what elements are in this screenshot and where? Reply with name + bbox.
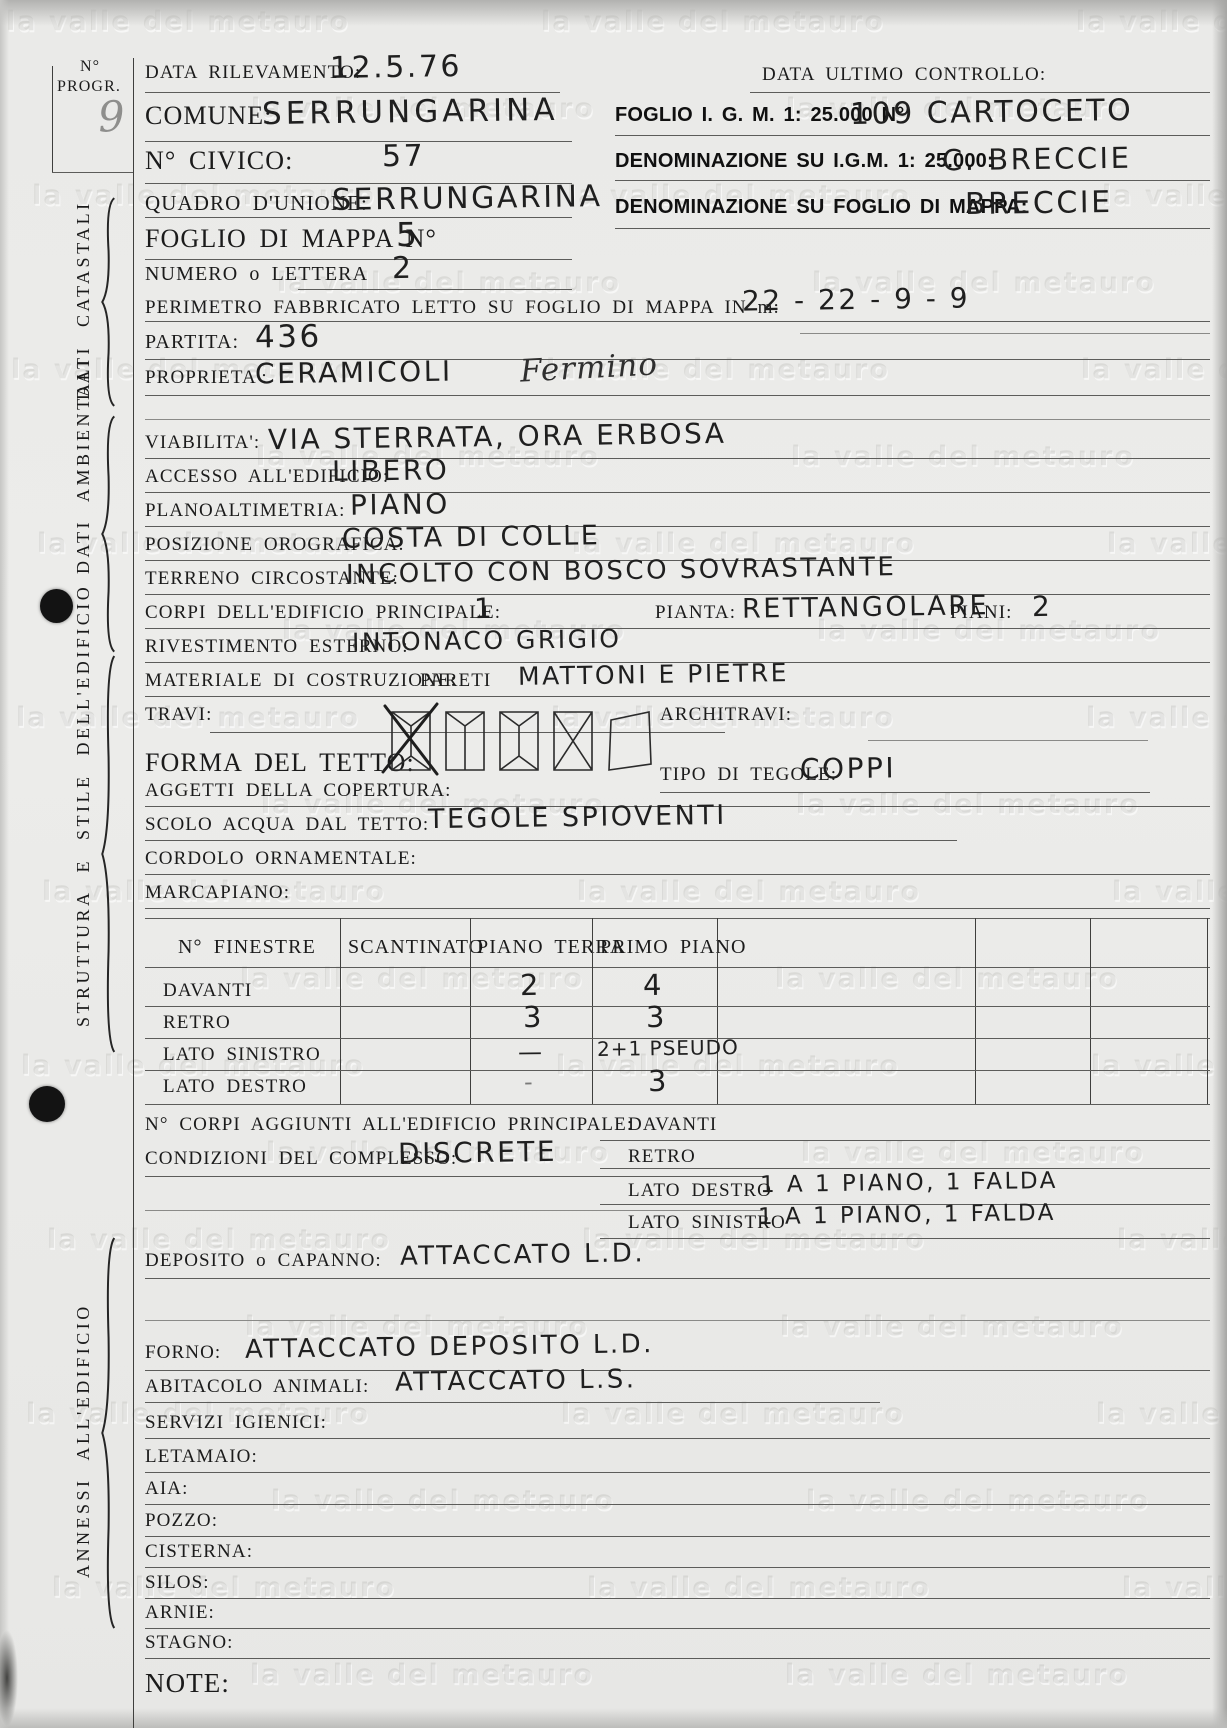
table-cell-retro-primo-piano: 3 (646, 1000, 667, 1034)
field-label-proprieta: PROPRIETA': (145, 367, 268, 389)
field-value-proprieta: CERAMICOLI (255, 355, 453, 391)
section-label-struttura: STRUTTURA E STILE DELL'EDIFICIO (73, 672, 99, 1027)
underline (600, 1140, 1210, 1141)
underline (145, 840, 957, 841)
field-label-aggiunti-retro: RETRO (628, 1146, 696, 1168)
prog-box-bottom (52, 172, 133, 173)
hole-punch-top (40, 589, 73, 623)
field-label-travi: TRAVI: (145, 704, 212, 726)
underline (145, 141, 572, 142)
field-label-cisterna: CISTERNA: (145, 1541, 253, 1563)
field-label-silos: SILOS: (145, 1572, 210, 1594)
underline (145, 1370, 1210, 1371)
underline (145, 217, 572, 218)
field-value-perimetro: 22 - 22 - 9 - 9 (742, 281, 971, 317)
underline (145, 1472, 1210, 1473)
field-value-foglio-igm: 109 CARTOCETO (850, 93, 1134, 132)
field-value-aggiunti-lato-sinistro: 1 A 1 PIANO, 1 FALDA (758, 1200, 1056, 1230)
underline (145, 908, 1210, 909)
field-value-corpi: 1 (474, 592, 495, 625)
underline (145, 628, 1210, 629)
table-row-line (145, 1070, 1210, 1071)
field-value-foglio-mappa: 5 (396, 215, 420, 254)
field-value-data-rilevamento: 12.5.76 (330, 49, 462, 86)
prog-value: 9 (97, 91, 127, 141)
table-col-line (1090, 918, 1091, 1104)
roof-diagram-gable-ridge-icon (442, 708, 488, 774)
field-value-denominazione-mappa: BRECCIE (965, 185, 1113, 222)
field-value-quadro-unione: SERRUNGARINA (332, 179, 603, 218)
field-label-pozzo: POZZO: (145, 1510, 218, 1532)
table-col-line (470, 918, 471, 1104)
section-label-annessi: ANNESSI ALL'EDIFICIO (73, 1288, 99, 1593)
underline (660, 792, 1150, 793)
field-value-abitacolo: ATTACCATO L.S. (395, 1364, 637, 1397)
brace-struttura (100, 652, 116, 1056)
field-label-aggiunti-davanti: DAVANTI (628, 1114, 717, 1136)
content-divider-line (133, 58, 134, 1728)
field-label-data-rilevamento: DATA RILEVAMENTO: (145, 62, 361, 84)
roof-diagram-pavilion-x-icon (550, 708, 596, 774)
field-label-piani: PIANI: (950, 602, 1013, 624)
underline (298, 289, 572, 290)
field-label-data-ultimo-controllo: DATA ULTIMO CONTROLLO: (762, 64, 1046, 86)
underline (145, 259, 572, 260)
field-label-partita: PARTITA: (145, 331, 239, 354)
underline (145, 1278, 1210, 1279)
field-label-forma-tetto: FORMA DEL TETTO: (145, 748, 415, 778)
watermark-text: la valle del metauro (780, 1311, 1124, 1342)
table-header-primo-piano: PRIMO PIANO (600, 936, 747, 959)
scan-edge-left (0, 0, 9, 1728)
field-label-cordolo: CORDOLO ORNAMENTALE: (145, 848, 417, 870)
underline (145, 1658, 1210, 1659)
watermark-text: la valle del metauro (801, 1137, 1145, 1168)
underline (615, 228, 1210, 229)
roof-diagram-gable-ridge-crossed-icon (388, 708, 434, 774)
table-cell-lato-sinistro-primo-piano: 2+1 PSEUDO (597, 1035, 739, 1061)
field-label-viabilita: VIABILITA': (145, 432, 260, 454)
field-label-stagno: STAGNO: (145, 1632, 234, 1654)
field-value-aggiunti-lato-destro: 1 A 1 PIANO, 1 FALDA (760, 1168, 1058, 1198)
underline (800, 333, 1210, 334)
table-cell-lato-destro-piano-terra: - (524, 1068, 536, 1096)
brace-dati-catastali (100, 196, 116, 408)
underline (145, 1504, 1210, 1505)
underline (145, 1320, 1210, 1321)
underline (600, 1168, 1210, 1169)
watermark-text: la valle del metauro (271, 1485, 615, 1516)
table-cell-lato-sinistro-piano-terra: — (518, 1038, 545, 1066)
field-value-partita: 436 (255, 319, 322, 356)
field-value-materiale: MATTONI E PIETRE (518, 658, 789, 691)
scan-smudge (0, 1630, 18, 1726)
field-label-planoaltimetria: PLANOALTIMETRIA: (145, 500, 346, 522)
field-value-comune: SERRUNGARINA (262, 92, 559, 132)
scan-edge-right (1212, 0, 1227, 1728)
watermark-text: la valle del metauro (791, 441, 1135, 472)
field-label-foglio-mappa: FOGLIO DI MAPPA N° (145, 224, 437, 254)
table-col-line (592, 918, 593, 1104)
underline (145, 874, 1210, 875)
field-label-materiale: MATERIALE DI COSTRUZIONE: (145, 670, 457, 692)
table-cell-davanti-piano-terra: 2 (520, 968, 541, 1002)
table-row-label-lato-destro: LATO DESTRO (163, 1076, 307, 1098)
table-row-label-lato-sinistro: LATO SINISTRO (163, 1044, 321, 1066)
hole-punch-bottom (29, 1086, 65, 1122)
underline (145, 1598, 1210, 1599)
field-label-n-civico: N° CIVICO: (145, 146, 293, 176)
watermark-text: la valle del metauro (250, 1659, 594, 1690)
field-value-numero-lettera: 2 (392, 251, 414, 286)
table-row-line (145, 967, 1210, 968)
table-cell-lato-destro-primo-piano: 3 (648, 1064, 669, 1098)
watermark-text: la valle del metauro (785, 1659, 1129, 1690)
field-label-comune: COMUNE: (145, 101, 273, 131)
watermark-text: la valle del metauro (1102, 180, 1227, 211)
field-label-note: NOTE: (145, 1668, 230, 1699)
field-label-aggetti: AGGETTI DELLA COPERTURA: (145, 780, 452, 802)
underline (145, 1438, 1210, 1439)
field-value-tipo-tegole: COPPI (800, 751, 897, 785)
table-row-label-davanti: DAVANTI (163, 980, 252, 1002)
underline (868, 740, 1148, 741)
field-sublabel-pareti: PARETI (420, 670, 491, 692)
table-col-line (1207, 918, 1208, 1104)
table-header-scantinato: SCANTINATO (348, 936, 484, 959)
field-value-terreno: INCOLTO CON BOSCO SOVRASTANTE (346, 552, 897, 590)
underline (615, 180, 1210, 181)
field-value-condizioni: DISCRETE (398, 1135, 558, 1170)
field-label-perimetro: PERIMETRO FABBRICATO LETTO SU FOGLIO DI … (145, 297, 780, 319)
field-value-forno: ATTACCATO DEPOSITO L.D. (245, 1329, 654, 1365)
underline (145, 1628, 1210, 1629)
field-label-numero-lettera: NUMERO o LETTERA (145, 263, 368, 286)
field-label-pianta: PIANTA: (655, 602, 736, 624)
table-row-label-retro: RETRO (163, 1012, 231, 1034)
table-cell-retro-piano-terra: 3 (523, 1000, 544, 1034)
brace-dati-ambientali (100, 414, 116, 654)
field-label-architravi: ARCHITRAVI: (660, 704, 792, 726)
table-cell-davanti-primo-piano: 4 (643, 968, 664, 1002)
section-label-dati-ambientali: DATI AMBIENTALI (73, 396, 99, 574)
table-header-finestre: N° FINESTRE (178, 936, 316, 959)
underline (145, 696, 1210, 697)
underline (750, 92, 1210, 93)
field-value-n-civico: 57 (382, 139, 426, 175)
field-value-piani: 2 (1032, 590, 1053, 623)
watermark-text: la valle del metauro (796, 789, 1140, 820)
field-label-letamaio: LETAMAIO: (145, 1446, 258, 1468)
table-row-line (145, 1006, 1210, 1007)
prog-box-line (52, 66, 53, 172)
field-value-accesso: LIBERO (332, 453, 450, 488)
watermark-text: la valle del metauro (1086, 702, 1227, 733)
brace-annessi (100, 1234, 116, 1632)
field-value-rivestimento: INTONACO GRIGIO (352, 624, 622, 657)
scanned-form-page: la valle del metaurola valle del metauro… (0, 0, 1227, 1728)
table-col-line (717, 918, 718, 1104)
field-label-deposito: DEPOSITO o CAPANNO: (145, 1250, 382, 1272)
underline (615, 135, 1210, 136)
table-border-bottom (145, 1104, 1210, 1105)
field-label-arnie: ARNIE: (145, 1602, 215, 1624)
underline (145, 1567, 1210, 1568)
roof-diagram-single-pitch-icon (606, 708, 654, 774)
underline (145, 1176, 763, 1177)
field-value-viabilita: VIA STERRATA, ORA ERBOSA (268, 417, 727, 456)
underline (145, 492, 1210, 493)
underline (145, 1402, 880, 1403)
field-label-servizi: SERVIZI IGIENICI: (145, 1412, 327, 1434)
table-col-line (975, 918, 976, 1104)
field-label-scolo: SCOLO ACQUA DAL TETTO: (145, 814, 429, 836)
field-label-forno: FORNO: (145, 1342, 221, 1364)
watermark-text: la valle del metauro (1096, 1398, 1227, 1429)
table-border-top (145, 918, 1210, 919)
watermark-text: la valle del metauro (577, 876, 921, 907)
scan-edge-bottom (0, 1708, 1227, 1728)
field-label-marcapiano: MARCAPIANO: (145, 882, 290, 904)
field-value-posizione: COSTA DI COLLE (342, 520, 601, 555)
underline (600, 1238, 1210, 1239)
underline (145, 395, 1210, 396)
field-label-corpi: CORPI DELL'EDIFICIO PRINCIPALE: (145, 602, 501, 624)
roof-diagram-hip-ridge-icon (496, 708, 542, 774)
underline (145, 1210, 763, 1211)
watermark-text: la valle del metauro (1112, 876, 1227, 907)
watermark-text: la valle del metauro (806, 1485, 1150, 1516)
field-label-n-corpi-aggiunti: N° CORPI AGGIUNTI ALL'EDIFICIO PRINCIPAL… (145, 1114, 633, 1136)
table-col-line (340, 918, 341, 1104)
field-label-denominazione-igm: DENOMINAZIONE SU I.G.M. 1: 25.000: (615, 150, 994, 173)
field-label-aggiunti-lato-destro: LATO DESTRO (628, 1180, 772, 1202)
field-value-proprieta-nome: Fermino (519, 346, 659, 389)
field-value-denominazione-igm: C. BRECCIE (942, 141, 1132, 178)
watermark-text: la valle del metauro (1107, 528, 1227, 559)
scan-edge-top (0, 0, 1227, 26)
field-label-aia: AIA: (145, 1478, 188, 1500)
field-value-scolo: TEGOLE SPIOVENTI (428, 800, 727, 835)
underline (145, 526, 1210, 527)
field-value-planoaltimetria: PIANO (350, 487, 450, 521)
prog-label-1: N° (80, 58, 100, 76)
field-label-abitacolo: ABITACOLO ANIMALI: (145, 1376, 369, 1398)
underline (145, 1536, 1210, 1537)
field-value-deposito: ATTACCATO L.D. (400, 1238, 646, 1271)
underline (145, 458, 1210, 459)
watermark-text: la valle del metauro (1117, 1224, 1227, 1255)
